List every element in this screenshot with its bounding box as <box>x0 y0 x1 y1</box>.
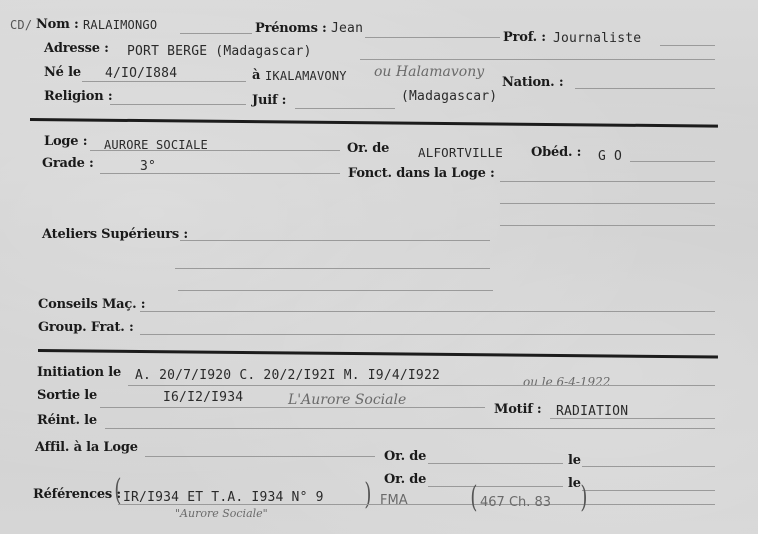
orient-label: Or. de <box>347 141 389 156</box>
or-de-1-line <box>428 463 563 464</box>
cote-handwritten: 467 Ch. 83 <box>480 495 551 510</box>
religion-label: Religion : <box>44 89 112 104</box>
fonct-line-3 <box>500 225 715 226</box>
juif-line <box>295 108 395 109</box>
conseils-line <box>140 311 715 312</box>
nom-label: Nom : <box>36 17 79 32</box>
group-line <box>140 334 715 335</box>
sortie-line <box>100 407 485 408</box>
le-2-label: le <box>568 476 581 491</box>
sortie-value: I6/I2/I934 <box>163 390 243 405</box>
prenoms-label: Prénoms : <box>255 21 327 36</box>
sortie-label: Sortie le <box>37 388 97 403</box>
grade-value: 3° <box>140 159 156 174</box>
le-2-line <box>582 490 715 491</box>
references-line <box>118 504 715 505</box>
or-de-1-label: Or. de <box>384 449 426 464</box>
lieu-value: IKALAMAVONY <box>265 69 347 83</box>
ne-label: Né le <box>44 65 81 80</box>
fonct-line <box>500 181 715 182</box>
lieu-region: (Madagascar) <box>401 89 497 104</box>
grade-line <box>100 173 340 174</box>
grade-label: Grade : <box>42 156 94 171</box>
le-1-line <box>582 466 715 467</box>
prenoms-line <box>365 37 500 38</box>
religion-line <box>110 104 246 105</box>
obed-line <box>630 161 715 162</box>
fma-handwritten: FMA <box>380 493 408 508</box>
adresse-line <box>360 59 715 60</box>
conseils-label: Conseils Maç. : <box>38 297 145 312</box>
references-value: IR/I934 ET T.A. I934 N° 9 <box>123 490 324 505</box>
prof-label: Prof. : <box>503 30 546 45</box>
index-card: CD/ Nom : RALAIMONGO Prénoms : Jean Prof… <box>0 0 758 534</box>
open-paren-mark: ( <box>114 476 121 506</box>
affil-line <box>145 456 375 457</box>
affil-label: Affil. à la Loge <box>35 440 138 455</box>
group-label: Group. Frat. : <box>38 320 134 335</box>
nation-line <box>575 88 715 89</box>
card-prefix: CD/ <box>10 18 32 32</box>
obed-value: G O <box>598 149 622 164</box>
adresse-value: PORT BERGE (Madagascar) <box>127 44 312 59</box>
reint-label: Réint. le <box>37 413 97 428</box>
juif-label: Juif : <box>252 93 286 108</box>
lieu-label: à <box>252 68 260 83</box>
sortie-handwritten: L'Aurore Sociale <box>288 392 406 408</box>
obed-label: Obéd. : <box>531 145 581 160</box>
cote-close-paren: ) <box>580 483 587 513</box>
orient-value: ALFORTVILLE <box>418 145 503 160</box>
prenoms-value: Jean <box>331 21 363 36</box>
nom-line <box>180 33 252 34</box>
nom-value: RALAIMONGO <box>83 18 157 32</box>
loge-line <box>90 150 340 151</box>
references-handwritten: "Aurore Sociale" <box>175 507 268 520</box>
close-paren-mark: ) <box>364 480 371 510</box>
fonct-label: Fonct. dans la Loge : <box>348 166 495 181</box>
adresse-label: Adresse : <box>44 41 109 56</box>
fonct-line-2 <box>500 203 715 204</box>
cote-open-paren: ( <box>470 483 477 513</box>
initiation-label: Initiation le <box>37 365 121 380</box>
or-de-2-label: Or. de <box>384 472 426 487</box>
initiation-value: A. 20/7/I920 C. 20/2/I92I M. I9/4/I922 <box>135 368 440 383</box>
section-divider-2 <box>38 349 718 359</box>
references-label: Références : <box>33 487 121 502</box>
motif-value: RADIATION <box>556 404 628 419</box>
ateliers-line <box>180 240 490 241</box>
reint-line <box>105 428 715 429</box>
ne-value: 4/IO/I884 <box>105 66 177 81</box>
prof-line <box>660 45 715 46</box>
initiation-line <box>128 385 715 386</box>
prof-value: Journaliste <box>553 31 641 46</box>
section-divider <box>30 118 718 128</box>
ateliers-label: Ateliers Supérieurs : <box>42 227 188 242</box>
ne-line <box>82 81 246 82</box>
le-1-label: le <box>568 453 581 468</box>
ateliers-line-2 <box>175 268 490 269</box>
loge-label: Loge : <box>44 134 87 149</box>
or-de-2-line <box>428 486 563 487</box>
initiation-handwritten: ou le 6-4-1922 <box>523 375 610 389</box>
motif-label: Motif : <box>494 402 542 417</box>
ateliers-line-3 <box>178 290 493 291</box>
lieu-handwritten: ou Halamavony <box>374 64 484 80</box>
nation-label: Nation. : <box>502 75 563 90</box>
